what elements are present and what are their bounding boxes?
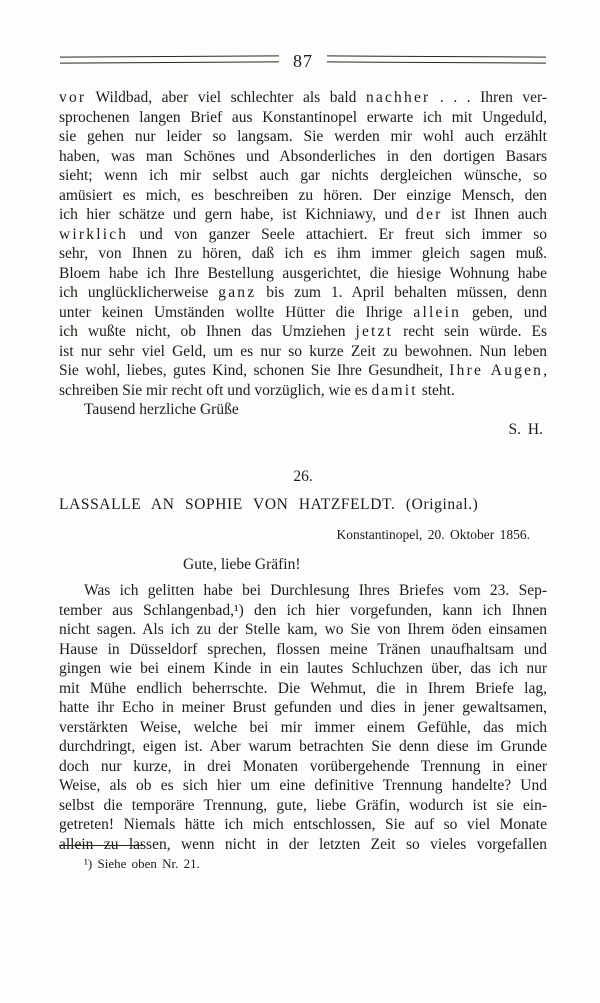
footnote: ¹) Siehe oben Nr. 21. — [59, 845, 547, 872]
text-line: wirklich und von ganzer Seele attachiert… — [59, 225, 547, 245]
text-line: hatte ihr Echo in meiner Brust gefunden … — [59, 698, 547, 718]
text-line: ich hier schätze und gern habe, ist Kich… — [59, 205, 547, 225]
text-line: getreten! Niemals hätte ich mich entschl… — [59, 815, 547, 835]
letter-26-heading: LASSALLE AN SOPHIE VON HATZFELDT. (Origi… — [59, 495, 547, 515]
text-line: vor Wildbad, aber viel schlechter als ba… — [59, 88, 547, 108]
footnote-rule — [59, 845, 143, 846]
text-line: selbst die temporäre Trennung, gute, lie… — [59, 796, 547, 816]
book-page: 87 vor Wildbad, aber viel schlechter als… — [0, 0, 600, 1003]
text-line: ist nur sehr viel Geld, um es nur so kur… — [59, 342, 547, 362]
text-line: Weise, als ob es sich hier um eine defin… — [59, 776, 547, 796]
text-line: durchdringt, eigen ist. Aber warum betra… — [59, 737, 547, 757]
text-line: haben, was man Schönes und Absonderliche… — [59, 147, 547, 167]
text-line: ich unglücklicherweise ganz bis zum 1. A… — [59, 283, 547, 303]
text-line: schreiben Sie mir recht oft und vorzügli… — [59, 381, 547, 401]
text-line: Bloem habe ich Ihre Bestellung ausgerich… — [59, 264, 547, 284]
text-line: sie gehen nur leider so langsam. Sie wer… — [59, 127, 547, 147]
text-line: verstärkten Weise, welche bei mir immer … — [59, 718, 547, 738]
text-line: sprochenen langen Brief aus Konstantinop… — [59, 108, 547, 128]
letter-26-dateline: Konstantinopel, 20. Oktober 1856. — [59, 526, 547, 544]
letter-26-number: 26. — [59, 467, 547, 487]
text-line: sieht; wenn ich mir selbst auch gar nich… — [59, 166, 547, 186]
text-line: gingen wie bei einem Kinde in ein lautes… — [59, 659, 547, 679]
text-line: nicht sagen. Als ich zu der Stelle kam, … — [59, 620, 547, 640]
footnote-text: ¹) Siehe oben Nr. 21. — [59, 855, 547, 872]
letter-26-salutation: Gute, liebe Gräfin! — [183, 555, 301, 575]
header-rule-left — [60, 55, 279, 63]
text-line: amüsiert es mich, es beschreiben zu höre… — [59, 186, 547, 206]
text-line: doch nur kurze, in drei Monaten vorüberg… — [59, 757, 547, 777]
letter-25-body: vor Wildbad, aber viel schlechter als ba… — [59, 88, 547, 400]
text-line: Was ich gelitten habe bei Durchlesung Ih… — [59, 581, 547, 601]
header-rule-right — [327, 55, 546, 63]
page-number: 87 — [293, 49, 313, 73]
letter-26-body: Was ich gelitten habe bei Durchlesung Ih… — [59, 581, 547, 854]
letter-25-closing: Tausend herzliche Grüße — [84, 400, 239, 420]
text-line: mit Mühe endlich beherrschte. Die Wehmut… — [59, 679, 547, 699]
text-line: sehr, von Ihnen zu hören, daß ich es ihm… — [59, 244, 547, 264]
text-line: tember aus Schlangenbad,¹) den ich hier … — [59, 601, 547, 621]
text-line: Hause in Düsseldorf sprechen, flossen me… — [59, 640, 547, 660]
letter-25-signature: S. H. — [59, 420, 547, 440]
text-line: ich wußte nicht, ob Ihnen das Umziehen j… — [59, 322, 547, 342]
text-line: Sie wohl, liebes, gutes Kind, schonen Si… — [59, 361, 547, 381]
page-header: 87 — [60, 47, 546, 71]
text-line: unter keinen Umständen wollte Hütter die… — [59, 303, 547, 323]
